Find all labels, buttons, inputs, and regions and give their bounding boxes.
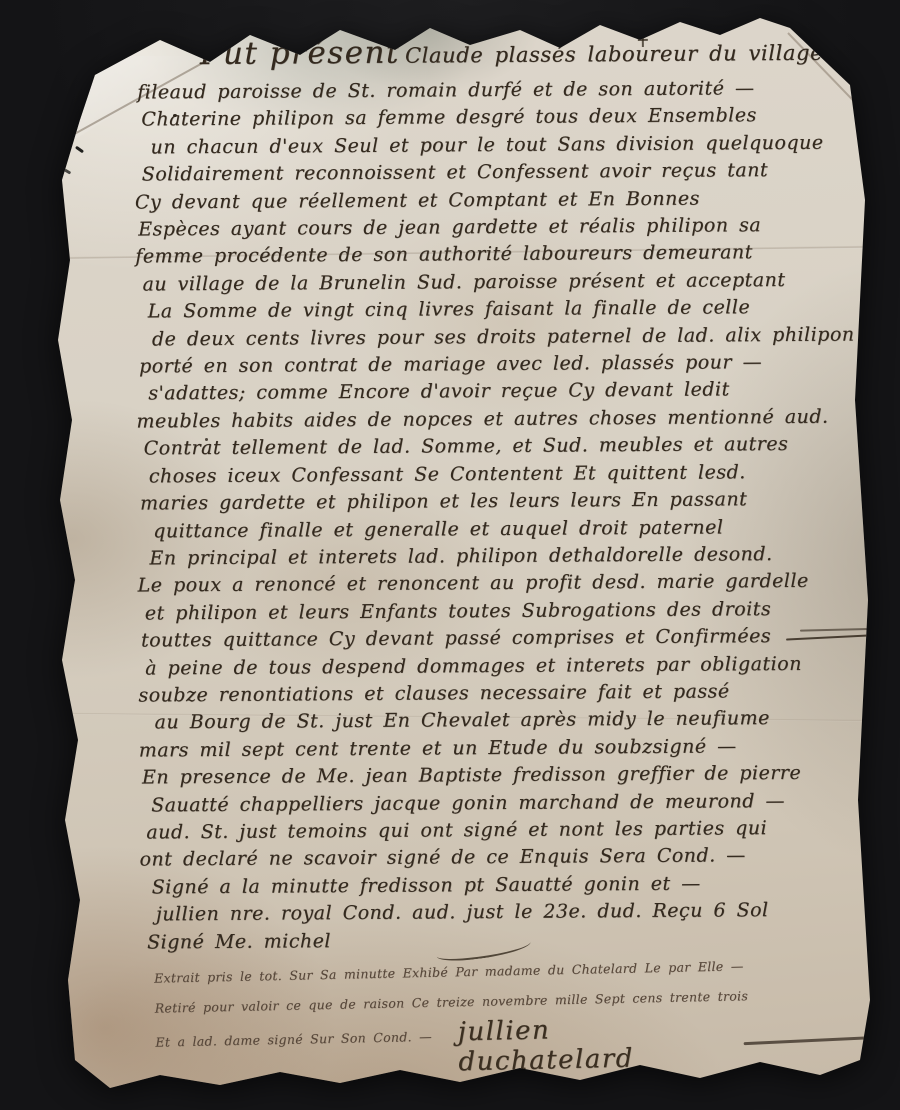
signature-flourish: [743, 1035, 885, 1044]
opening-line: Fut présent Claude plassés laboureur du …: [200, 30, 850, 80]
insertion-cross-mark: [642, 35, 644, 47]
manuscript-line: La Somme de vingt cinq livres faisant la…: [148, 294, 852, 326]
manuscript-line: touttes quittance Cy devant passé compri…: [141, 623, 854, 655]
manuscript-line: au Bourg de St. just En Chevalet après m…: [155, 705, 855, 737]
signature-duchatelard: jullien duchatelard: [458, 1012, 730, 1078]
manuscript-line: maries gardette et philipon et les leurs…: [140, 486, 853, 518]
manuscript-page: Fut présent Claude plassés laboureur du …: [55, 18, 885, 1103]
opening-words: Fut présent: [200, 35, 400, 72]
paper-sheet: Fut présent Claude plassés laboureur du …: [55, 18, 885, 1103]
ink-smudge: [75, 146, 84, 154]
ink-smudge: [64, 168, 72, 174]
manuscript-line: jullien nre. royal Cond. aud. just le 23…: [156, 897, 856, 929]
stain-blotch: [611, 1072, 624, 1079]
manuscript-line: porté en son contrat de mariage avec led…: [139, 349, 852, 381]
ink-smudge: [69, 110, 80, 120]
photo-background: Fut présent Claude plassés laboureur du …: [0, 0, 900, 1110]
manuscript-line: Contrat tellement de lad. Somme, et Sud.…: [144, 431, 853, 463]
manuscript-line: aud. St. just temoins qui ont signé et n…: [146, 814, 855, 846]
manuscript-line: Solidairement reconnoissent et Confessen…: [142, 157, 851, 189]
signature-prefix: Et a lad. dame signé Sur Son Cond. —: [155, 1022, 432, 1058]
manuscript-line: En presence de Me. jean Baptiste frediss…: [142, 760, 855, 792]
manuscript-body: fileaud paroisse de St. romain durfé et …: [134, 75, 856, 957]
extract-note: Extrait pris le tot. Sur Sa minutte Exhi…: [154, 948, 886, 1083]
manuscript-line: à peine de tous despend dommages et inte…: [145, 650, 854, 682]
manuscript-text: Fut présent Claude plassés laboureur du …: [134, 30, 856, 957]
opening-continuation: Claude plassés laboureur du village: [405, 41, 823, 68]
